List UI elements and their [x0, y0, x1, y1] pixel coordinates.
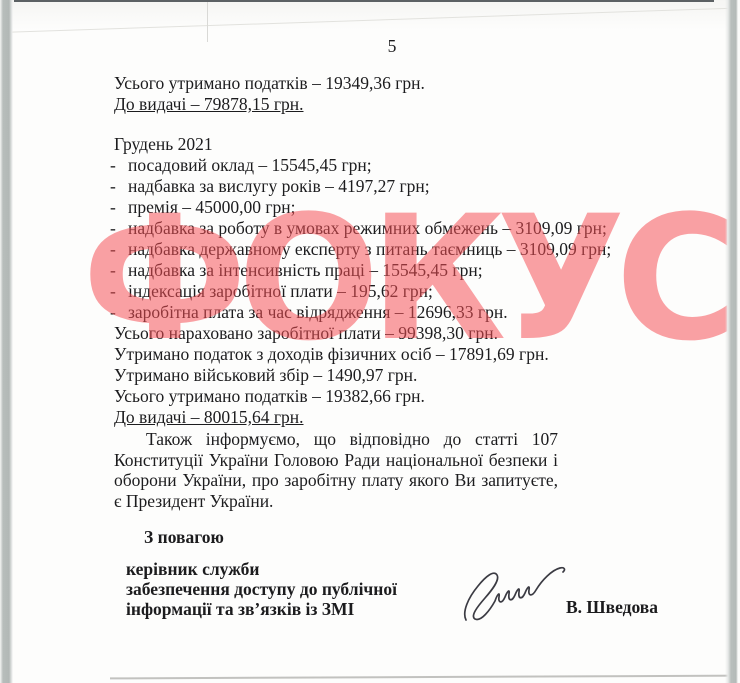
list-item: - надбавка державному експерту з питань … [110, 239, 670, 260]
page-number: 5 [0, 36, 740, 57]
list-dash: - [110, 155, 128, 176]
list-dash: - [110, 260, 128, 281]
scan-edge-left [0, 0, 13, 683]
scan-edge-right [725, 0, 740, 683]
list-dash: - [110, 176, 128, 197]
position-line: керівник служби [126, 559, 397, 579]
military-levy-line: Утримано військовий збір – 1490,97 грн. [110, 365, 670, 386]
handwritten-signature [460, 564, 578, 628]
position-line: забезпечення доступу до публічної [126, 579, 397, 599]
previous-month-summary: Усього утримано податків – 19349,36 грн.… [114, 73, 425, 115]
regards-line: З повагою [144, 527, 224, 548]
list-item-text: премія – 45000,00 грн; [128, 197, 296, 218]
list-item-text: заробітна плата за час відрядження – 126… [128, 302, 508, 323]
list-item: - надбавка за інтенсивність праці – 1554… [110, 260, 670, 281]
list-item: - премія – 45000,00 грн; [110, 197, 670, 218]
scan-edge-top [14, 0, 714, 2]
december-2021-breakdown: Грудень 2021 - посадовий оклад – 15545,4… [110, 134, 670, 428]
list-dash: - [110, 302, 128, 323]
list-item: - заробітна плата за час відрядження – 1… [110, 302, 670, 323]
list-dash: - [110, 239, 128, 260]
list-item-text: посадовий оклад – 15545,45 грн; [128, 155, 372, 176]
list-item-text: надбавка за роботу в умовах режимних обм… [128, 218, 607, 239]
list-item: - посадовий оклад – 15545,45 грн; [110, 155, 670, 176]
total-accrued-line: Усього нараховано заробітної плати – 993… [110, 323, 670, 344]
list-dash: - [110, 218, 128, 239]
total-taxes-line: Усього утримано податків – 19382,66 грн. [110, 386, 670, 407]
paper-crease-vertical [207, 2, 208, 42]
signer-name: В. Шведова [566, 597, 658, 618]
payout-line: До видачі – 79878,15 грн. [114, 94, 425, 115]
list-item-text: індексація заробітної плати – 195,62 грн… [128, 281, 433, 302]
list-item: - надбавка за вислугу років – 4197,27 гр… [110, 176, 670, 197]
paper-crease-bottom [110, 675, 740, 680]
list-item-text: надбавка за вислугу років – 4197,27 грн; [128, 176, 430, 197]
list-dash: - [110, 197, 128, 218]
scan-top-band [0, 0, 740, 30]
signer-position-block: керівник служби забезпечення доступу до … [126, 559, 397, 619]
list-item-text: надбавка державному експерту з питань та… [128, 239, 611, 260]
scanned-document-page: { "page": { "number": "5" }, "watermark"… [0, 0, 740, 683]
list-item: - надбавка за роботу в умовах режимних о… [110, 218, 670, 239]
list-item: - індексація заробітної плати – 195,62 г… [110, 281, 670, 302]
december-heading: Грудень 2021 [110, 134, 670, 155]
payout-line: До видачі – 80015,64 грн. [110, 407, 670, 428]
income-tax-line: Утримано податок з доходів фізичних осіб… [110, 344, 670, 365]
list-item-text: надбавка за інтенсивність праці – 15545,… [128, 260, 483, 281]
total-taxes-line: Усього утримано податків – 19349,36 грн. [114, 73, 425, 94]
president-note-paragraph: Також інформуємо, що відповідно до статт… [114, 429, 558, 511]
position-line: інформації та зв’язків із ЗМІ [126, 599, 397, 619]
list-dash: - [110, 281, 128, 302]
